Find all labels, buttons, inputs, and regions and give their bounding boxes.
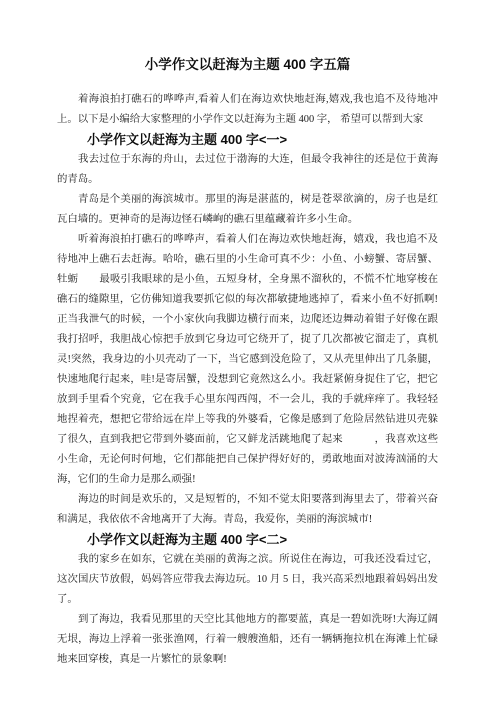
- document-page: 小学作文以赶海为主题 400 字五篇 着海浪拍打礁石的哗哗声,看着人们在海边欢快…: [0, 0, 496, 702]
- intro-paragraph: 着海浪拍打礁石的哗哗声,看着人们在海边欢快地赶海,嬉戏,我也追不及待地冲上。以下…: [57, 90, 438, 130]
- section-2-paragraph-1: 我的家乡在如东，它就在美丽的黄海之滨。所说住在海边，可我还没看过它，这次国庆节放…: [57, 550, 438, 610]
- section-1-paragraph-4: 海边的时间是欢乐的，又是短暂的，不知不觉太阳要落到海里去了，带着兴奋和满足，我依…: [57, 490, 438, 530]
- document-title: 小学作文以赶海为主题 400 字五篇: [57, 54, 438, 76]
- section-1-paragraph-1: 我去过位于东海的舟山，去过位于渤海的大连，但最令我神往的还是位于黄海的青岛。: [57, 150, 438, 190]
- section-2-heading: 小学作文以赶海为主题 400 字<二>: [57, 530, 438, 550]
- section-1-paragraph-2: 青岛是个美丽的海滨城市。那里的海是湛蓝的，树是苍翠欲滴的，房子也是红瓦白墙的。更…: [57, 190, 438, 230]
- section-1-heading: 小学作文以赶海为主题 400 字<一>: [57, 130, 438, 150]
- section-2-paragraph-2: 到了海边，我看见那里的天空比其他地方的都要蓝，真是一碧如洗呀!大海辽阔无垠，海边…: [57, 610, 438, 670]
- section-1-paragraph-3: 听着海浪拍打礁石的哗哗声，看着人们在海边欢快地赶海，嬉戏，我也追不及待地冲上礁石…: [57, 230, 438, 490]
